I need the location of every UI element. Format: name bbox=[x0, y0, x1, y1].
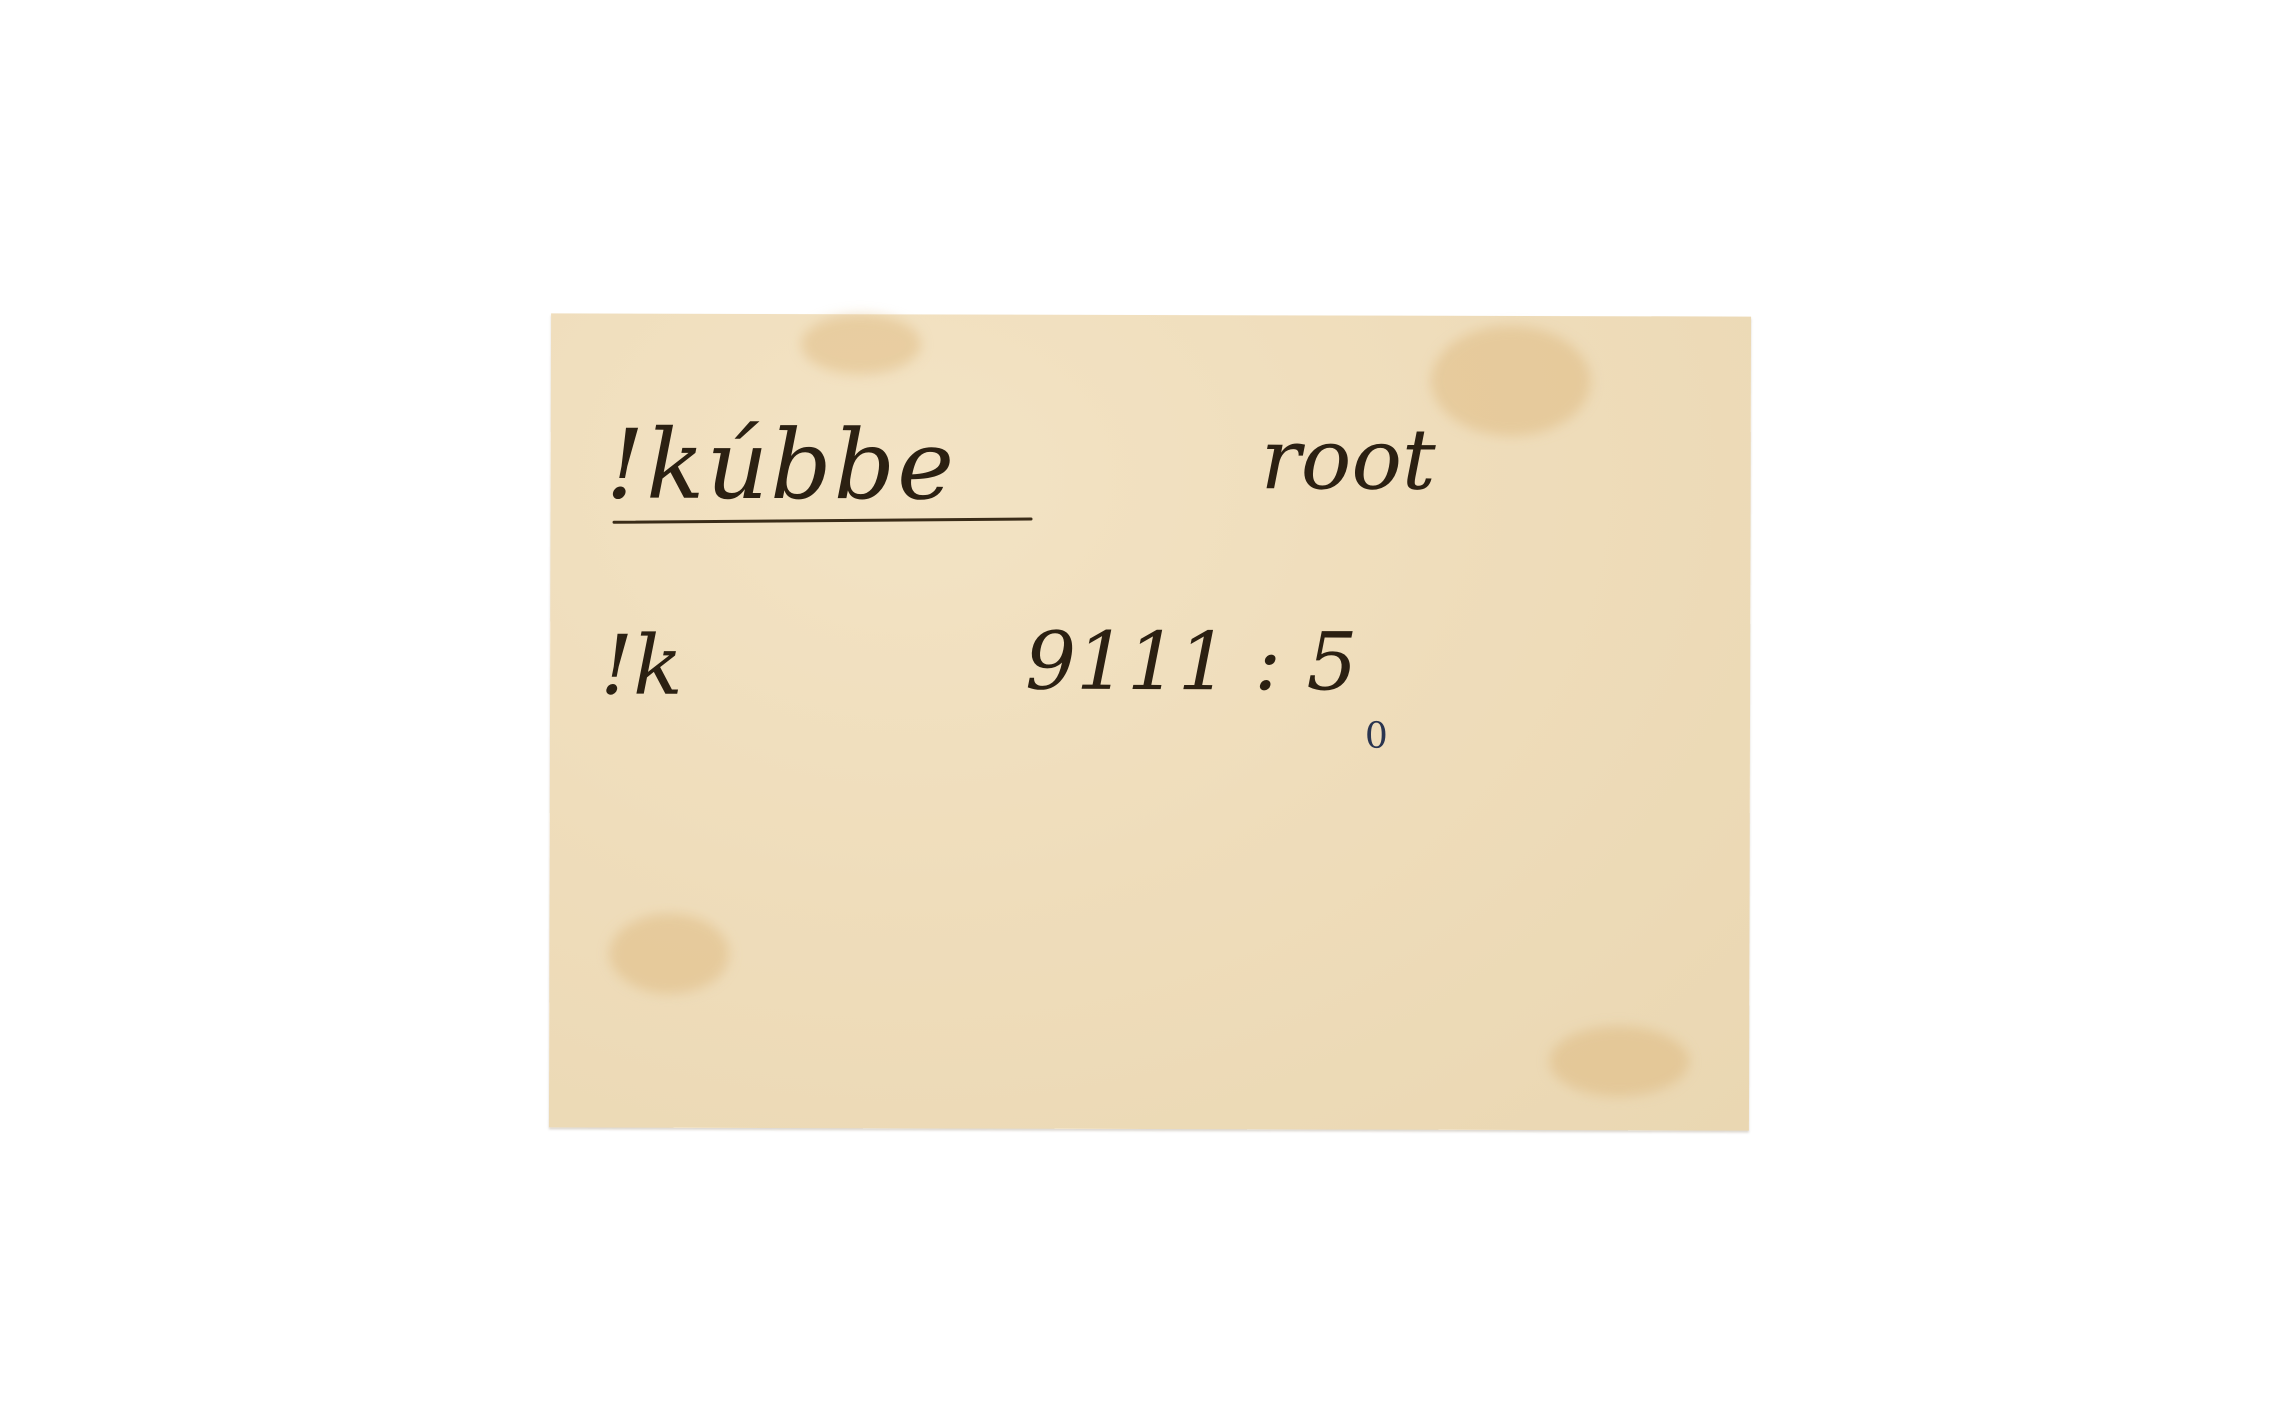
stain bbox=[801, 314, 921, 374]
abbreviation: !k bbox=[600, 619, 683, 714]
index-card: !kúbbe root !k 9111 : 5 0 bbox=[549, 313, 1751, 1130]
pencil-mark: 0 bbox=[1365, 716, 1388, 757]
headword: !kúbbe bbox=[606, 409, 957, 522]
stain bbox=[1549, 1026, 1689, 1096]
stain bbox=[609, 914, 729, 994]
reference-number: 9111 : 5 bbox=[1025, 615, 1358, 709]
stain bbox=[1431, 326, 1591, 436]
gloss: root bbox=[1261, 410, 1436, 508]
